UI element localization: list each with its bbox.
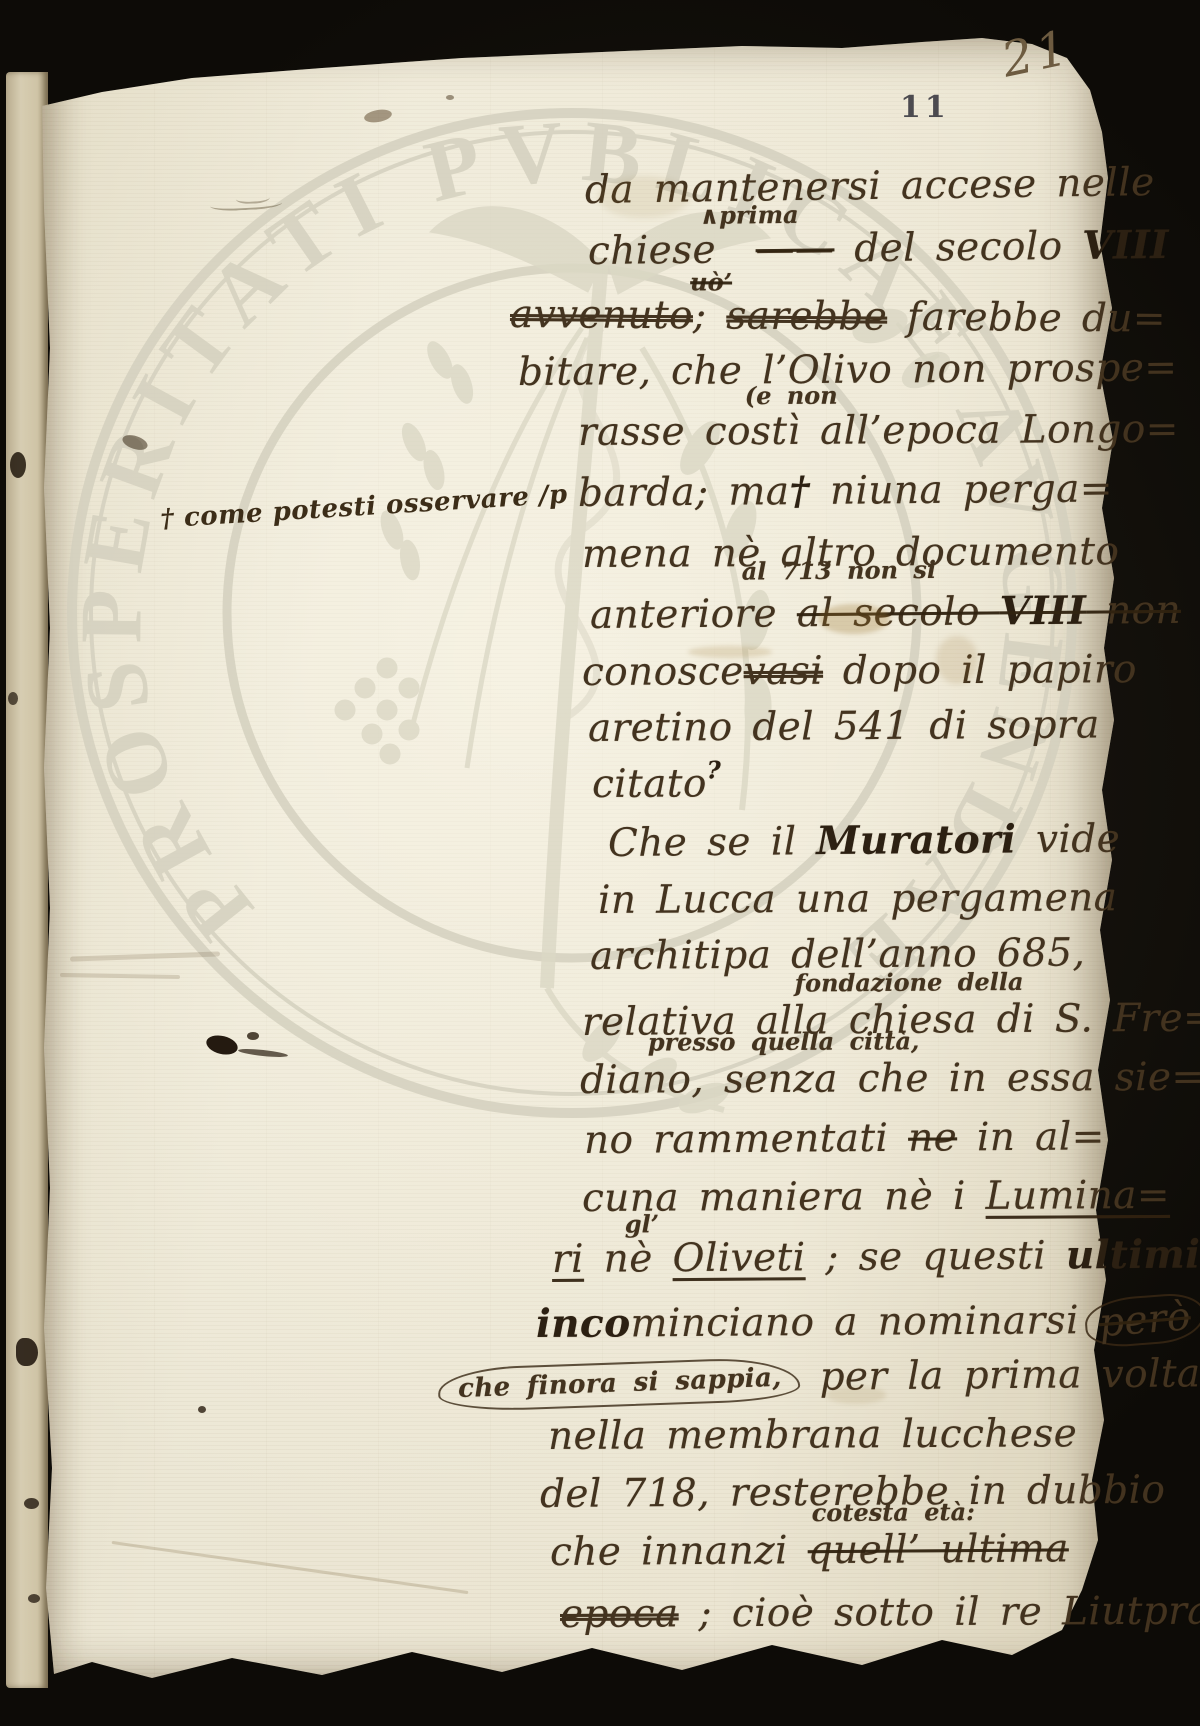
adjacent-page-edge: [6, 72, 48, 1688]
paper-stain: [818, 604, 890, 634]
edge-ink-mark: [16, 1338, 38, 1366]
watermark-seal: PROSPERITATI PVBLICAE AVGENDAE: [42, 28, 1114, 1686]
watermark-wheat-ears: [377, 338, 477, 581]
ink-dot: [247, 1032, 259, 1040]
paper-stain: [936, 636, 978, 684]
paper-stain: [598, 176, 690, 218]
edge-ink-mark: [10, 452, 26, 478]
manuscript-scan: PROSPERITATI PVBLICAE AVGENDAE: [0, 0, 1200, 1726]
edge-ink-mark: [28, 1594, 40, 1603]
edge-ink-mark: [8, 692, 18, 705]
ink-dot: [198, 1406, 206, 1413]
paper-stain: [826, 1386, 886, 1404]
paper-stain: [688, 646, 772, 658]
edge-ink-mark: [24, 1498, 39, 1509]
paper-speck: [446, 95, 454, 100]
manuscript-page: PROSPERITATI PVBLICAE AVGENDAE: [42, 28, 1114, 1686]
watermark-grape-cluster: [335, 658, 419, 764]
